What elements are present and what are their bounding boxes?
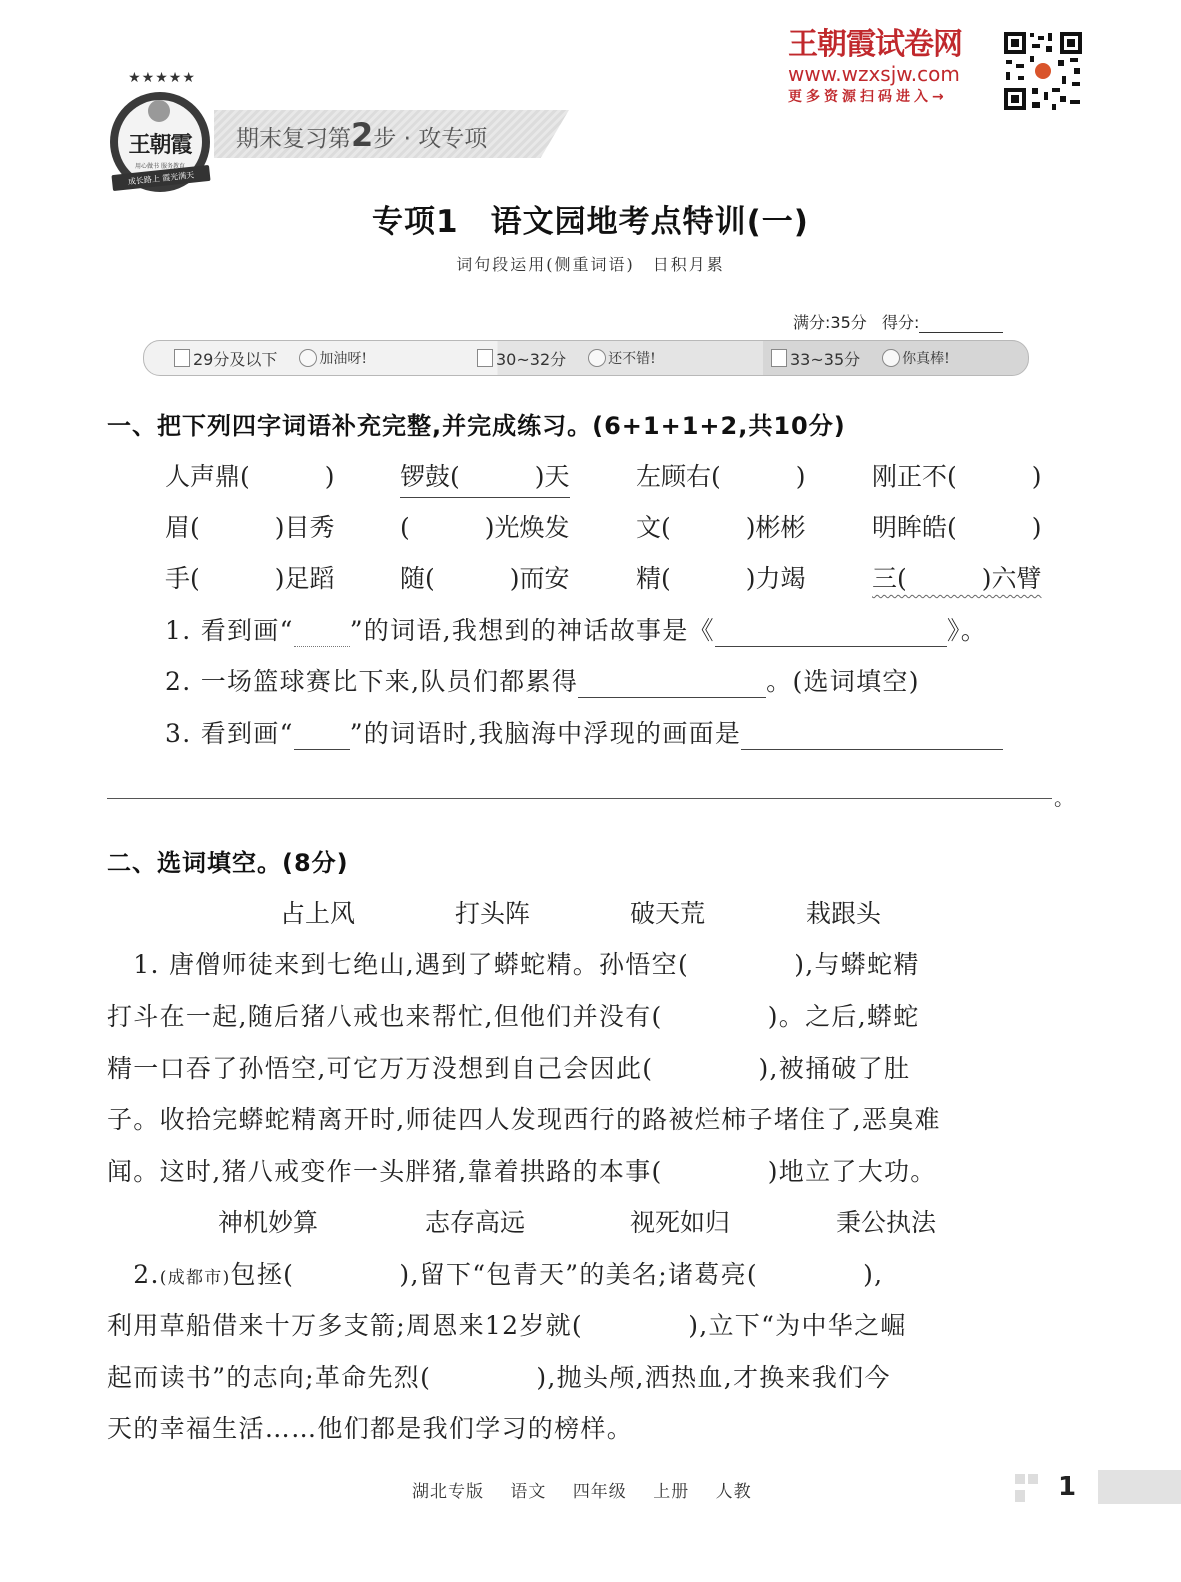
got-score-blank[interactable]: [919, 316, 1003, 333]
footer-subject: 语文: [510, 1482, 546, 1502]
solid-mark-blank: [294, 727, 350, 750]
q3-answer-line-2[interactable]: [107, 798, 1052, 799]
idiom-item[interactable]: 精( )力竭: [636, 559, 806, 595]
word-bank-item: 打头阵: [455, 894, 530, 930]
idiom-item[interactable]: 人声鼎( ): [165, 457, 335, 493]
passage2-number: 2.: [107, 1260, 160, 1289]
passage2-line: 天的幸福生活……他们都是我们学习的榜样。: [107, 1409, 633, 1445]
word-bank-item: 志存高远: [425, 1203, 525, 1239]
footer-edition: 湖北专版: [412, 1482, 484, 1502]
step-number: 2: [351, 116, 373, 154]
grade-option-mid[interactable]: 30~32分 还不错!: [477, 341, 656, 375]
publisher-logo: ★★★★★ 王朝霞 用心做书 服务教育 成长路上 霞光满天: [106, 70, 216, 190]
score-line: 满分:35分 得分:: [793, 310, 1003, 333]
idiom-item[interactable]: 明眸皓( ): [872, 508, 1042, 544]
page-decoration: [1028, 1474, 1038, 1484]
q3-end-mark: 。: [1054, 782, 1074, 811]
idiom-item[interactable]: 左顾右( ): [636, 457, 806, 493]
portrait-icon: [148, 100, 170, 122]
passage2-source: (成都市): [160, 1268, 231, 1288]
brand-url[interactable]: www.wzxsjw.com: [788, 62, 998, 86]
passage1-line: 子。收拾完蟒蛇精离开时,师徒四人发现西行的路被烂柿子堵住了,恶臭难: [107, 1100, 941, 1136]
q2-answer-blank[interactable]: [578, 675, 766, 698]
step-banner-text: 期末复习第2步 · 攻专项: [236, 116, 487, 154]
q2-text: 2. 一场篮球赛比下来,队员们都累得: [165, 667, 578, 696]
q3-answer-blank[interactable]: [741, 727, 1003, 750]
checkbox[interactable]: [771, 349, 787, 367]
question-3: 3. 看到画“”的词语时,我脑海中浮现的画面是: [165, 714, 1003, 750]
footer-info: 湖北专版 语文 四年级 上册 人教: [412, 1477, 772, 1502]
got-score-label: 得分:: [882, 313, 919, 332]
passage1-line: 打斗在一起,随后猪八戒也来帮忙,但他们并没有( )。之后,蟒蛇: [107, 997, 920, 1033]
grade-range: 33~35分: [790, 347, 860, 370]
idiom-item[interactable]: ( )光焕发: [400, 508, 570, 544]
logo-stars: ★★★★★: [112, 70, 212, 86]
happy-face-icon: [882, 349, 900, 367]
page-decoration: [1015, 1490, 1025, 1502]
footer-volume: 上册: [653, 1482, 689, 1502]
idiom-item[interactable]: 随( )而安: [400, 559, 570, 595]
word-bank-item: 破天荒: [630, 894, 705, 930]
full-score-label: 满分:35分: [793, 313, 867, 332]
grade-range: 30~32分: [496, 347, 566, 370]
word-bank-item: 占上风: [280, 894, 355, 930]
idiom-item[interactable]: 手( )足蹈: [165, 559, 335, 595]
grade-cheer: 你真棒!: [902, 348, 950, 368]
page-title: 专项1 语文园地考点特训(一): [0, 196, 1181, 241]
grade-cheer: 加油呀!: [319, 348, 367, 368]
grade-range: 29分及以下: [193, 347, 277, 370]
q1-text: 1. 看到画“: [165, 616, 294, 645]
idiom-item[interactable]: 文( )彬彬: [636, 508, 806, 544]
idiom-item-underlined[interactable]: 锣鼓( )天: [400, 457, 570, 498]
q2-text: 。(选词填空): [766, 667, 920, 696]
q1-text: 》。: [947, 616, 987, 645]
grade-option-high[interactable]: 33~35分 你真棒!: [771, 341, 950, 375]
step-prefix: 期末复习第: [236, 126, 351, 152]
section2-heading: 二、选词填空。(8分): [107, 843, 349, 878]
footer-grade: 四年级: [573, 1482, 627, 1502]
story-answer-blank[interactable]: [715, 624, 947, 647]
q3-text: 3. 看到画“: [165, 719, 294, 748]
q1-text: ”的词语,我想到的神话故事是《: [350, 616, 715, 645]
wavy-mark-blank: [294, 624, 350, 647]
idiom-item[interactable]: 刚正不( ): [872, 457, 1042, 493]
grade-option-low[interactable]: 29分及以下 加油呀!: [174, 341, 367, 375]
word-bank-item: 神机妙算: [218, 1203, 318, 1239]
step-suffix: 步 · 攻专项: [373, 126, 487, 152]
question-1: 1. 看到画“”的词语,我想到的神话故事是《》。: [165, 611, 987, 647]
passage1-line: 精一口吞了孙悟空,可它万万没想到自己会因此( ),被捅破了肚: [107, 1049, 910, 1085]
idiom-item-wavy[interactable]: 三( )六臂: [872, 559, 1042, 595]
page-subtitle: 词句段运用(侧重词语) 日积月累: [0, 252, 1181, 275]
brand-block: 王朝霞试卷网 www.wzxsjw.com 更多资源扫码进入→: [788, 28, 998, 108]
smile-face-icon: [588, 349, 606, 367]
grade-bar: 29分及以下 加油呀! 30~32分 还不错! 33~35分 你真棒!: [143, 340, 1029, 376]
question-2: 2. 一场篮球赛比下来,队员们都累得。(选词填空): [165, 662, 920, 698]
word-bank-item: 栽跟头: [806, 894, 881, 930]
word-bank-item: 视死如归: [630, 1203, 730, 1239]
passage2-line: 起而读书”的志向;革命先烈( ),抛头颅,洒热血,才换来我们今: [107, 1358, 891, 1394]
section1-heading: 一、把下列四字词语补充完整,并完成练习。(6+1+1+2,共10分): [107, 406, 846, 441]
brand-title: 王朝霞试卷网: [788, 28, 998, 62]
checkbox[interactable]: [477, 349, 493, 367]
idiom-item[interactable]: 眉( )目秀: [165, 508, 335, 544]
word-bank-item: 秉公执法: [836, 1203, 936, 1239]
passage2-text: 包拯( ),留下“包青天”的美名;诸葛亮( ),: [231, 1260, 884, 1289]
sad-face-icon: [299, 349, 317, 367]
page-number: 1: [1058, 1472, 1076, 1502]
brand-scan-text: 更多资源扫码进入→: [788, 86, 998, 108]
page-decoration: [1015, 1474, 1025, 1484]
grade-cheer: 还不错!: [608, 348, 656, 368]
checkbox[interactable]: [174, 349, 190, 367]
q3-text: ”的词语时,我脑海中浮现的画面是: [350, 719, 742, 748]
passage2-line: 2.(成都市)包拯( ),留下“包青天”的美名;诸葛亮( ),: [107, 1255, 883, 1291]
footer-publisher: 人教: [716, 1482, 752, 1502]
page-number-bar: [1098, 1470, 1181, 1504]
passage1-line: 闻。这时,猪八戒变作一头胖猪,靠着拱路的本事( )地立了大功。: [107, 1152, 937, 1188]
logo-name: 王朝霞: [128, 128, 191, 159]
qr-code-icon[interactable]: [1002, 30, 1084, 112]
passage2-line: 利用草船借来十万多支箭;周恩来12岁就( ),立下“为中华之崛: [107, 1306, 907, 1342]
passage1-line: 1. 唐僧师徒来到七绝山,遇到了蟒蛇精。孙悟空( ),与蟒蛇精: [107, 945, 920, 981]
